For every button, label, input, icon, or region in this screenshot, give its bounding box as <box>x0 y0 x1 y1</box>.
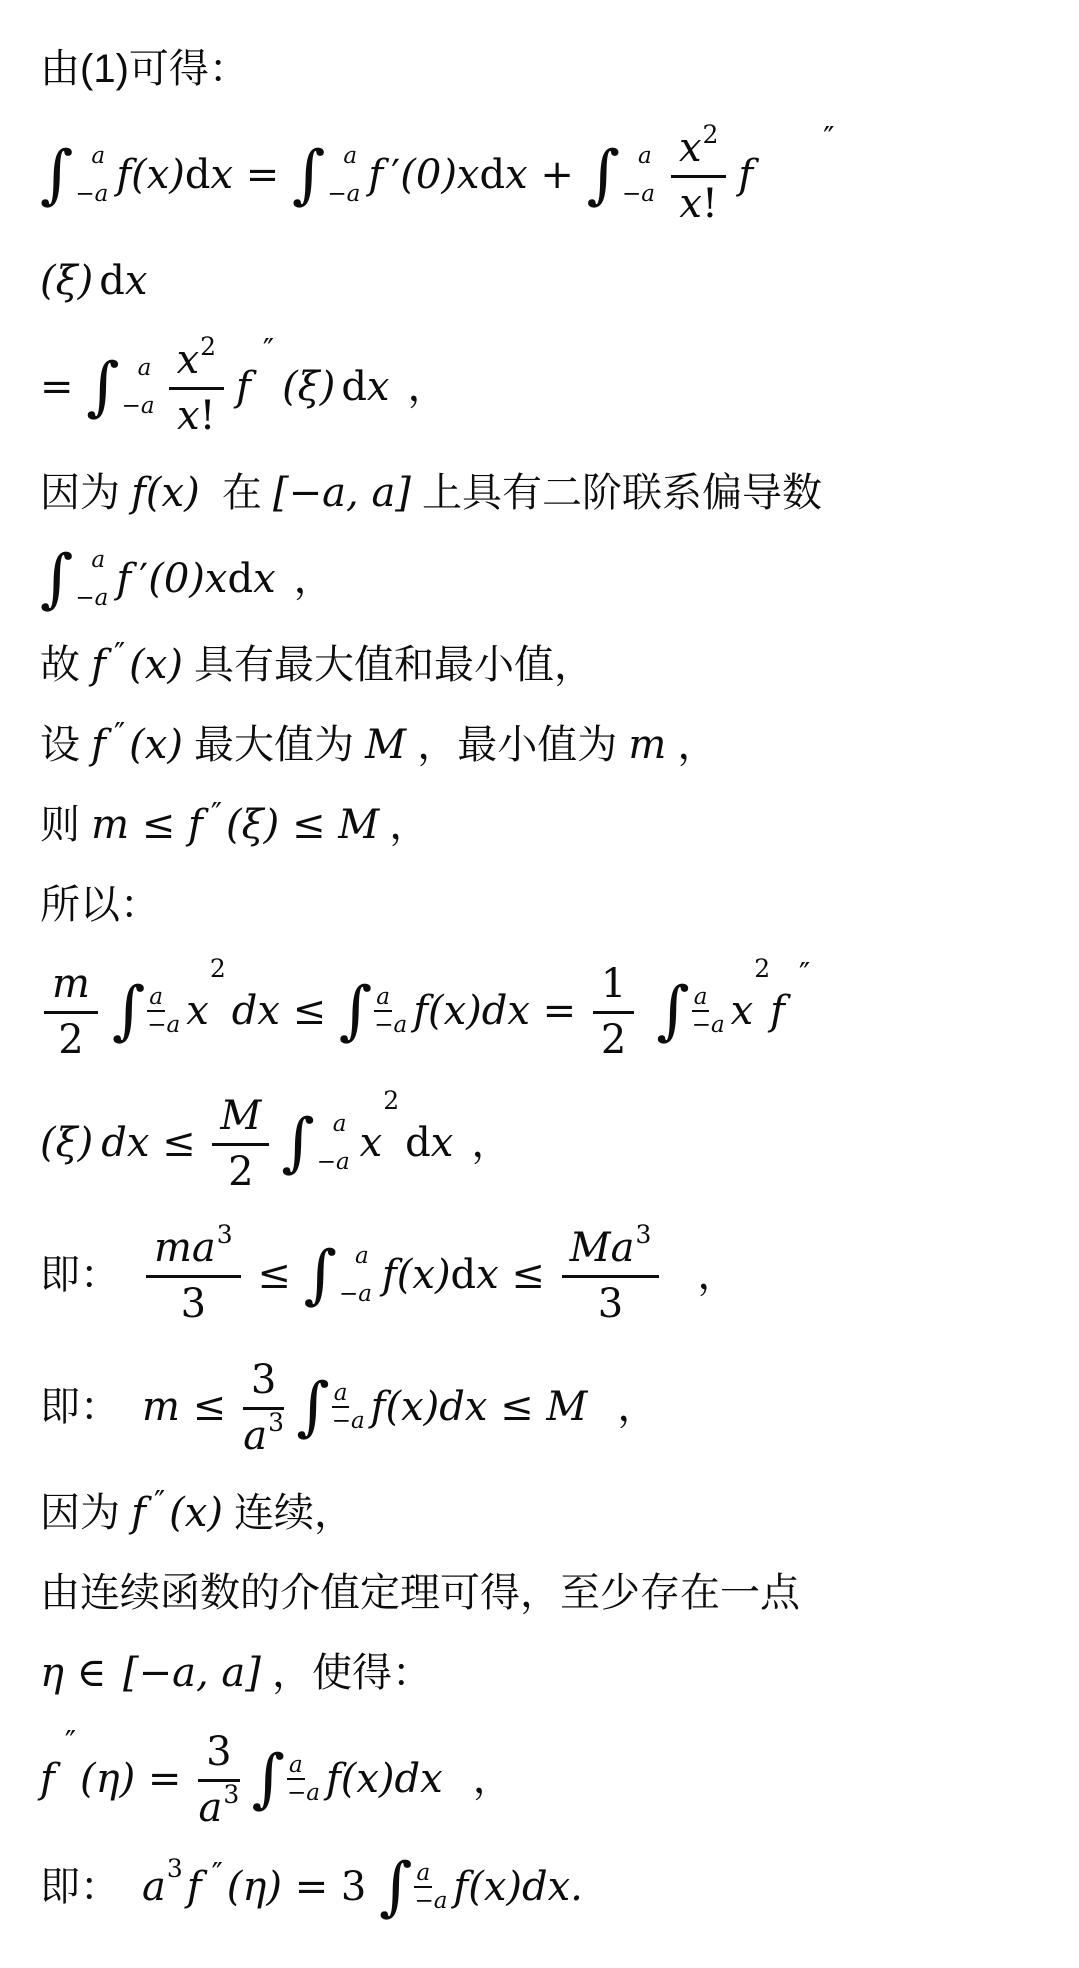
math-variable: M <box>220 1094 261 1138</box>
math-roman: + <box>528 153 587 197</box>
math-variable: [−a, a] <box>123 1651 261 1695</box>
chinese-text: 具有最大值和最小值， <box>183 642 594 688</box>
math-roman: ， <box>473 1757 513 1801</box>
math-roman: ≤ <box>129 803 188 847</box>
chinese-text: 即： <box>40 1384 120 1430</box>
math-variable: f <box>368 153 383 197</box>
math-roman: ≤ <box>499 1253 558 1297</box>
spacer <box>146 1513 154 1514</box>
integral-upper-limit: a <box>138 356 155 380</box>
math-variable: x <box>679 126 702 170</box>
chinese-text: 因为 <box>40 470 131 516</box>
math-variable: Ma <box>570 1226 635 1270</box>
spacer <box>389 387 407 388</box>
math-variable: x <box>186 989 209 1033</box>
superscript: 2 <box>200 334 216 359</box>
math-variable: f <box>236 365 251 409</box>
fraction-numerator: 3 <box>198 1728 239 1782</box>
integral-lower-limit: −a <box>339 1282 372 1306</box>
math-roman: d <box>405 1121 431 1165</box>
double-prime: ″ <box>114 640 125 670</box>
fraction: ma33 <box>146 1224 241 1326</box>
bound-inequality-line: 则 m ≤ f″(ξ) ≤ M， <box>40 800 1053 850</box>
integral: ∫a−a <box>304 1244 372 1306</box>
math-variable: M <box>365 723 406 767</box>
double-prime: ″ <box>263 336 274 366</box>
math-variable: x <box>125 259 148 303</box>
integral-limits: a−a <box>339 1244 372 1306</box>
double-prime: ″ <box>65 1728 76 1758</box>
fraction-denominator: 3 <box>598 1278 623 1326</box>
jige-inequality-line: 即：ma33 ≤ ∫a−af(x)dx ≤ Ma33， <box>40 1224 1053 1326</box>
fraction-denominator: a3 <box>243 1410 284 1458</box>
spacer <box>383 175 391 176</box>
math-variable: m <box>628 723 666 767</box>
math-variable: f(x) <box>116 153 185 197</box>
fraction-numerator: 3 <box>243 1356 284 1410</box>
fraction-denominator: 3 <box>181 1278 206 1326</box>
spacer <box>244 1779 252 1780</box>
math-variable: x <box>360 1121 383 1165</box>
spacer <box>288 1407 296 1408</box>
integral-limits: a−a <box>75 548 108 610</box>
spacer <box>120 1275 142 1276</box>
conclusion-formula-line: f″(η) = 3a3∫a−af(x)dx， <box>40 1728 1053 1830</box>
integral-lower-limit: −a <box>622 182 655 206</box>
math-roman: = <box>530 989 589 1033</box>
spacer <box>273 1143 281 1144</box>
math-variable: f(x)dx. <box>453 1865 582 1909</box>
math-variable: m <box>91 803 129 847</box>
spacer <box>276 579 294 580</box>
fraction-denominator: 2 <box>601 1014 626 1062</box>
spacer <box>587 1407 617 1408</box>
math-variable: a <box>142 1865 166 1909</box>
fraction-denominator: 2 <box>58 1014 83 1062</box>
fraction-numerator: Ma3 <box>562 1224 660 1278</box>
integral-sign-icon: ∫ <box>40 552 73 606</box>
math-roman: d <box>451 1253 477 1297</box>
math-variable: (x) <box>129 723 183 767</box>
chinese-text: ，使得： <box>261 1650 432 1696</box>
integral: ∫a−a <box>40 144 108 206</box>
chinese-text: 即： <box>40 1252 120 1298</box>
math-variable: (ξ) <box>40 259 93 303</box>
integral-sign-icon: ∫ <box>252 1752 285 1806</box>
math-roman: ≤ <box>279 803 338 847</box>
chinese-text: 设 <box>40 722 91 768</box>
integral-lower-limit: −a <box>692 1013 725 1037</box>
integral: ∫a−a <box>339 984 407 1038</box>
superscript: 3 <box>268 1410 284 1435</box>
math-roman: 3 <box>206 1730 231 1774</box>
math-variable: (0)x <box>400 153 479 197</box>
spacer <box>106 665 114 666</box>
math-roman: = 3 <box>282 1865 379 1909</box>
spacer <box>372 1275 382 1276</box>
double-prime: ″ <box>823 124 834 154</box>
fraction: m2 <box>44 960 98 1062</box>
math-variable: f <box>131 1491 146 1535</box>
math-variable: f(x)dx <box>371 1385 488 1429</box>
chinese-text: 因为 <box>40 1490 131 1536</box>
spacer <box>120 1407 142 1408</box>
math-variable: (ξ) <box>40 1121 93 1165</box>
integral-limits: a−a <box>332 1381 365 1433</box>
superscript: 3 <box>635 1222 651 1247</box>
superscript: 3 <box>223 1782 239 1807</box>
intro-line: 由(1)可得： <box>40 44 1053 94</box>
integral: ∫a−a <box>292 144 360 206</box>
integral-limits: a−a <box>287 1753 320 1805</box>
math-variable: f(x) <box>131 471 200 515</box>
math-variable: (η) <box>227 1865 282 1909</box>
superscript: 2 <box>383 1088 399 1113</box>
fraction: Ma33 <box>562 1224 660 1326</box>
spacer <box>155 387 165 388</box>
integral-lower-limit: −a <box>332 1409 365 1433</box>
math-roman: ! <box>702 182 718 226</box>
chinese-text: 最大值为 <box>183 722 365 768</box>
integral: ∫a−a <box>86 356 154 418</box>
spacer <box>120 1887 142 1888</box>
math-variable: f(x)dx <box>413 989 530 1033</box>
fraction-denominator: x! <box>177 390 216 438</box>
math-variable: (η) <box>80 1757 135 1801</box>
math-variable: f <box>40 1757 55 1801</box>
integral-upper-limit: a <box>332 1381 350 1408</box>
math-variable: M <box>546 1385 587 1429</box>
integral: ∫a−a <box>379 1860 447 1914</box>
math-variable: x <box>253 557 276 601</box>
chinese-text: 在 <box>200 470 273 516</box>
math-roman: 2 <box>58 1018 83 1062</box>
double-prime: ″ <box>154 1488 165 1518</box>
integral-lower-limit: −a <box>75 182 108 206</box>
math-roman: ， <box>389 803 429 847</box>
superscript: 3 <box>167 1856 183 1881</box>
integral: ∫a−a <box>252 1752 320 1806</box>
main-inequality-line-1: m2∫a−ax2dx ≤ ∫a−af(x)dx = 12∫a−ax2f″ <box>40 960 1053 1062</box>
integral-lower-limit: −a <box>374 1013 407 1037</box>
odd-term-integral-line: ∫a−af′(0)xdx， <box>40 548 1053 610</box>
math-variable: x <box>731 989 754 1033</box>
superscript: 2 <box>754 956 770 981</box>
math-variable: dx <box>101 1121 149 1165</box>
expansion-formula-line-3: = ∫a−ax2x!f″(ξ)dx， <box>40 336 1053 438</box>
double-prime: ″ <box>799 960 810 990</box>
math-roman: d <box>185 153 211 197</box>
math-variable: (ξ) <box>226 803 279 847</box>
spacer <box>443 1779 473 1780</box>
integral-sign-icon: ∫ <box>304 1248 337 1302</box>
spacer <box>379 825 389 826</box>
integral-lower-limit: −a <box>147 1013 180 1037</box>
math-variable: (x) <box>129 643 183 687</box>
integral-sign-icon: ∫ <box>296 1380 329 1434</box>
set-m-M-line: 设 f″(x) 最大值为 M ，最小值为 m ， <box>40 720 1053 770</box>
math-variable: a <box>243 1414 267 1458</box>
integral-upper-limit: a <box>638 144 655 168</box>
integral-sign-icon: ∫ <box>587 148 620 202</box>
math-variable: x <box>476 1253 499 1297</box>
math-variable: x <box>431 1121 454 1165</box>
ivt-line: 由连续函数的介值定理可得，至少存在一点 <box>40 1568 1053 1618</box>
math-roman: ， <box>617 1385 657 1429</box>
spacer <box>251 387 263 388</box>
integral-upper-limit: a <box>91 144 108 168</box>
chinese-text: ，最小值为 <box>406 722 628 768</box>
suoyi-line: 所以： <box>40 880 1053 930</box>
integral-upper-limit: a <box>343 144 360 168</box>
superscript: 2 <box>210 956 226 981</box>
math-roman: d <box>479 153 505 197</box>
integral-upper-limit: a <box>374 985 392 1012</box>
integral-lower-limit: −a <box>122 394 155 418</box>
integral-limits: a−a <box>374 985 407 1037</box>
math-variable: f <box>91 723 106 767</box>
fraction-numerator: 1 <box>593 960 634 1014</box>
integral-lower-limit: −a <box>414 1889 447 1913</box>
spacer <box>106 745 114 746</box>
integral: ∫a−a <box>112 984 180 1038</box>
spacer <box>655 175 667 176</box>
spacer <box>274 387 282 388</box>
math-roman: 2 <box>228 1150 253 1194</box>
math-variable: (ξ) <box>282 365 335 409</box>
math-roman: 3 <box>181 1282 206 1326</box>
math-roman: d <box>341 365 367 409</box>
fraction: 12 <box>593 960 634 1062</box>
integral-sign-icon: ∫ <box>281 1116 314 1170</box>
math-variable: x <box>177 394 200 438</box>
integral-lower-limit: −a <box>327 182 360 206</box>
math-variable: dx <box>232 989 280 1033</box>
fraction: M2 <box>212 1092 269 1194</box>
fraction-numerator: x2 <box>169 336 224 390</box>
chinese-text: ， <box>666 722 717 768</box>
fraction: 3a3 <box>198 1728 239 1830</box>
math-roman: 2 <box>601 1018 626 1062</box>
integral: ∫a−a <box>587 144 655 206</box>
integral-sign-icon: ∫ <box>379 1860 412 1914</box>
math-roman: d <box>99 259 125 303</box>
math-roman: ≤ <box>180 1385 239 1429</box>
integral-sign-icon: ∫ <box>656 984 689 1038</box>
math-variable: f <box>738 153 753 197</box>
chinese-text: 故 <box>40 642 91 688</box>
math-variable: x <box>679 182 702 226</box>
spacer <box>663 1275 697 1276</box>
math-roman: ∈ <box>64 1651 119 1695</box>
fraction-numerator: ma3 <box>146 1224 241 1278</box>
math-roman: ≤ <box>487 1385 546 1429</box>
math-variable: x <box>367 365 390 409</box>
math-variable: ma <box>154 1226 216 1270</box>
integral-lower-limit: −a <box>317 1150 350 1174</box>
fraction-numerator: M <box>212 1092 269 1146</box>
math-variable: f <box>188 803 203 847</box>
final-result-line: 即：a3f″(η) = 3 ∫a−af(x)dx. <box>40 1860 1053 1914</box>
chinese-text: 则 <box>40 802 91 848</box>
integral-upper-limit: a <box>147 985 165 1012</box>
spacer <box>350 1143 360 1144</box>
math-roman: d <box>227 557 253 601</box>
chinese-text: 由连续函数的介值定理可得，至少存在一点 <box>40 1570 800 1616</box>
spacer <box>102 1011 112 1012</box>
integral: ∫a−a <box>656 984 724 1038</box>
math-variable: f(x) <box>382 1253 451 1297</box>
math-variable: x <box>505 153 528 197</box>
math-variable: f <box>187 1865 202 1909</box>
spacer <box>638 1011 656 1012</box>
integral-upper-limit: a <box>287 1753 305 1780</box>
jige-normalized-line: 即：m ≤ 3a3∫a−af(x)dx ≤ M， <box>40 1356 1053 1458</box>
fraction: x2x! <box>671 124 726 226</box>
continuity-statement-line: 因为 f(x) 在 [−a, a] 上具有二阶联系偏导数 <box>40 468 1053 518</box>
integral-upper-limit: a <box>414 1861 432 1888</box>
spacer <box>131 579 139 580</box>
expansion-formula-line-2: (ξ)dx <box>40 256 1053 306</box>
math-variable: f <box>91 643 106 687</box>
integral-sign-icon: ∫ <box>292 148 325 202</box>
integral-sign-icon: ∫ <box>86 360 119 414</box>
spacer <box>55 1779 65 1780</box>
integral-lower-limit: −a <box>287 1781 320 1805</box>
math-roman: 3 <box>598 1282 623 1326</box>
math-roman: = <box>40 365 86 409</box>
math-roman: 3 <box>251 1358 276 1402</box>
math-roman: = <box>135 1757 194 1801</box>
math-variable: M <box>338 803 379 847</box>
continuity-f2-line: 因为 f″(x) 连续， <box>40 1488 1053 1538</box>
math-roman: 1 <box>601 962 626 1006</box>
integral-lower-limit: −a <box>75 586 108 610</box>
integral-limits: a−a <box>414 1861 447 1913</box>
math-variable: (x) <box>169 1491 223 1535</box>
spacer <box>203 825 211 826</box>
math-variable: f <box>116 557 131 601</box>
math-variable: η <box>40 1651 64 1695</box>
spacer <box>453 1143 471 1144</box>
integral-upper-limit: a <box>355 1244 372 1268</box>
integral: ∫a−a <box>281 1112 349 1174</box>
chinese-text: 上具有二阶联系偏导数 <box>411 470 822 516</box>
integral-limits: a−a <box>317 1112 350 1174</box>
math-roman: ， <box>697 1253 737 1297</box>
chinese-text: 即： <box>40 1864 120 1910</box>
spacer <box>753 175 823 176</box>
integral-sign-icon: ∫ <box>339 984 372 1038</box>
math-variable: f <box>770 989 785 1033</box>
integral-upper-limit: a <box>333 1112 350 1136</box>
chinese-text: 由(1)可得： <box>40 46 249 92</box>
fraction: x2x! <box>169 336 224 438</box>
math-roman: ≤ <box>149 1121 208 1165</box>
integral-limits: a−a <box>692 985 725 1037</box>
eta-line: η ∈ [−a, a] ，使得： <box>40 1648 1053 1698</box>
fraction-denominator: 2 <box>228 1146 253 1194</box>
integral: ∫a−a <box>296 1380 364 1434</box>
math-variable: m <box>142 1385 180 1429</box>
math-roman: ， <box>407 365 447 409</box>
math-roman: ≤ <box>245 1253 304 1297</box>
double-prime: ″ <box>211 800 222 830</box>
main-inequality-line-2: (ξ)dx ≤ M2∫a−ax2dx， <box>40 1092 1053 1194</box>
spacer <box>785 1011 799 1012</box>
integral-limits: a−a <box>327 144 360 206</box>
integral-limits: a−a <box>147 985 180 1037</box>
expansion-formula-line-1: ∫a−af(x)dx = ∫a−af′(0)xdx + ∫a−ax2x!f″ <box>40 124 1053 226</box>
double-prime: ″ <box>114 720 125 750</box>
math-variable: a <box>199 1786 223 1830</box>
integral-limits: a−a <box>122 356 155 418</box>
integral-upper-limit: a <box>692 985 710 1012</box>
integral-upper-limit: a <box>91 548 108 572</box>
math-variable: [−a, a] <box>273 471 411 515</box>
math-roman: = <box>233 153 292 197</box>
integral-limits: a−a <box>75 144 108 206</box>
math-variable: x <box>177 338 200 382</box>
chinese-text: 所以： <box>40 882 160 928</box>
integral-sign-icon: ∫ <box>112 984 145 1038</box>
math-roman: ， <box>471 1121 511 1165</box>
math-roman: ! <box>200 394 216 438</box>
fraction-denominator: x! <box>679 178 718 226</box>
math-variable: (0)x <box>148 557 227 601</box>
math-roman: ≤ <box>280 989 339 1033</box>
math-variable: m <box>52 962 90 1006</box>
fraction-numerator: x2 <box>671 124 726 178</box>
superscript: 2 <box>703 122 719 147</box>
math-variable: f(x)dx <box>326 1757 443 1801</box>
spacer <box>93 1143 101 1144</box>
chinese-text: 连续， <box>223 1490 354 1536</box>
integral-limits: a−a <box>622 144 655 206</box>
double-prime: ″ <box>212 1860 223 1890</box>
superscript: 3 <box>217 1222 233 1247</box>
fraction-numerator: m <box>44 960 98 1014</box>
integral-sign-icon: ∫ <box>40 148 73 202</box>
math-roman: ， <box>294 557 334 601</box>
math-document: 由(1)可得：∫a−af(x)dx = ∫a−af′(0)xdx + ∫a−ax… <box>40 44 1053 1914</box>
integral: ∫a−a <box>40 548 108 610</box>
extrema-statement-line: 故 f″(x) 具有最大值和最小值， <box>40 640 1053 690</box>
math-roman: ′ <box>139 557 148 601</box>
spacer <box>228 387 236 388</box>
spacer <box>202 1887 212 1888</box>
math-roman: ′ <box>391 153 400 197</box>
math-variable: x <box>211 153 234 197</box>
fraction: 3a3 <box>243 1356 284 1458</box>
